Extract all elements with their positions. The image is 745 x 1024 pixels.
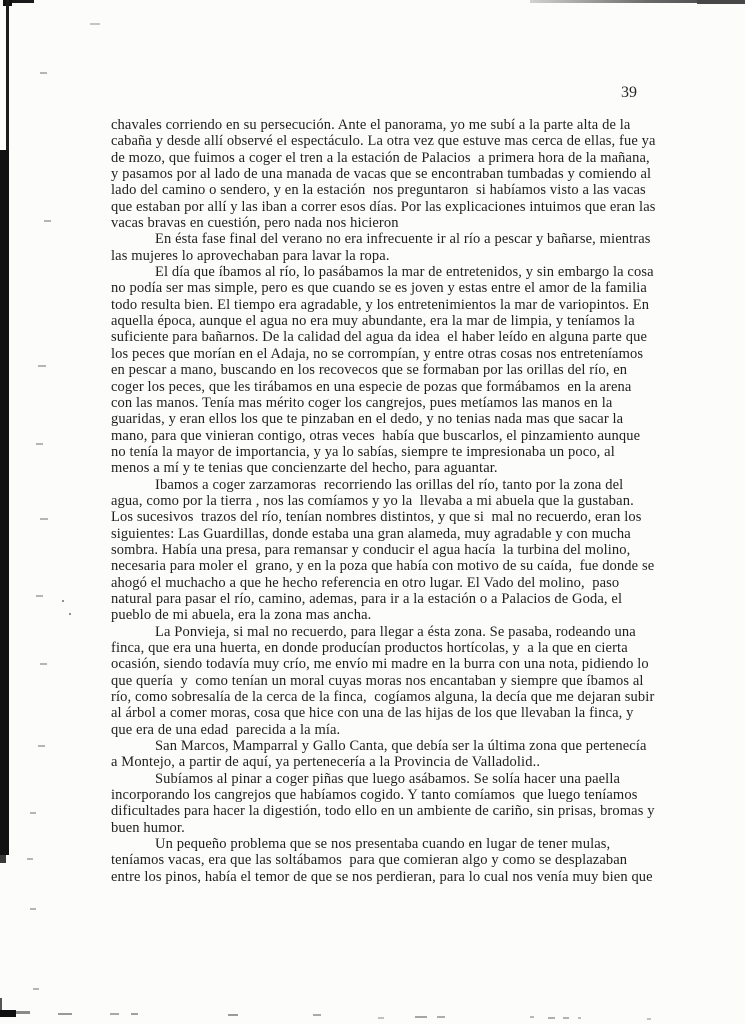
text-line: ocasión, siendo todavía muy crío, me env… — [111, 656, 659, 672]
scan-speck — [44, 220, 51, 222]
text-line: no podía ser mas simple, pero es que cua… — [111, 280, 659, 296]
text-line: siguientes: Las Guardillas, donde estaba… — [111, 526, 659, 542]
text-line: teníamos vacas, era que las soltábamos p… — [111, 852, 659, 868]
text-line: entre los pinos, había el temor de que s… — [111, 869, 659, 885]
scan-edge-top-right — [530, 0, 745, 3]
text-line: sombra. Había una presa, para remansar y… — [111, 542, 659, 558]
text-line: guaridas, y eran ellos los que te pinzab… — [111, 411, 659, 427]
text-line: que era de una edad parecida a la mía. — [111, 722, 659, 738]
text-line: chavales corriendo en su persecución. An… — [111, 117, 659, 133]
text-line: necesaria para moler el grano, y en la p… — [111, 558, 659, 574]
paragraph: Un pequeño problema que se nos presentab… — [111, 836, 659, 885]
paragraph: San Marcos, Mamparral y Gallo Canta, que… — [111, 738, 659, 771]
scan-edge-left-upper — [6, 0, 9, 160]
scan-speck — [27, 858, 33, 860]
paragraph: La Ponvieja, si mal no recuerdo, para ll… — [111, 624, 659, 738]
scan-edge-top-right-dark — [697, 0, 745, 4]
text-line: a Montejo, a partir de aquí, ya pertenec… — [111, 754, 659, 770]
scan-speck — [38, 365, 46, 367]
text-line: lado del camino o sendero, y en la estac… — [111, 182, 659, 198]
page-number: 39 — [621, 84, 637, 102]
text-line: cabaña y desde allí observé el espectácu… — [111, 133, 659, 149]
scan-edge-left-bar — [0, 150, 9, 855]
scan-speck — [62, 600, 64, 602]
text-line: agua, como por la tierra , nos las comía… — [111, 493, 659, 509]
scan-corner-bottom-left-gray — [16, 1011, 30, 1014]
scan-speck — [40, 72, 47, 74]
scan-speck — [33, 988, 39, 990]
text-line: y pasamos por al lado de una manada de v… — [111, 166, 659, 182]
scan-speck — [313, 1014, 321, 1016]
body-text: chavales corriendo en su persecución. An… — [111, 117, 659, 885]
scan-speck — [36, 595, 43, 597]
scan-speck — [131, 1013, 138, 1015]
text-line: dificultades para hacer la digestión, to… — [111, 803, 659, 819]
scan-speck — [30, 812, 36, 814]
paragraph: Ibamos a coger zarzamoras recorriendo la… — [111, 477, 659, 624]
scan-edge-left-bottom-tick — [0, 998, 2, 1010]
text-line: Subíamos al pinar a coger piñas que lueg… — [111, 771, 659, 787]
text-line: no tenía la mayor de importancia, y ya l… — [111, 444, 659, 460]
text-line: con las manos. Tenía mas mérito coger lo… — [111, 395, 659, 411]
paragraph: En ésta fase final del verano no era inf… — [111, 231, 659, 264]
text-line: vacas bravas en cuestión, pero nada nos … — [111, 215, 659, 231]
paragraph: chavales corriendo en su persecución. An… — [111, 117, 659, 231]
scan-speck — [36, 443, 43, 445]
text-line: La Ponvieja, si mal no recuerdo, para ll… — [111, 624, 659, 640]
text-line: En ésta fase final del verano no era inf… — [111, 231, 659, 247]
scan-speck — [40, 518, 48, 520]
scan-speck — [578, 1017, 581, 1019]
scan-speck — [69, 613, 71, 615]
text-line: suficiente para bañarnos. De la calidad … — [111, 329, 659, 345]
scan-speck — [30, 908, 36, 910]
scan-speck — [228, 1014, 238, 1016]
scan-corner-top-left-bar — [4, 0, 34, 3]
paragraph: El día que íbamos al río, lo pasábamos l… — [111, 264, 659, 476]
text-line: ahogó el muchacho a que he hecho referen… — [111, 575, 659, 591]
scan-corner-bottom-left — [0, 1010, 16, 1017]
text-line: incorporando los cangrejos que habíamos … — [111, 787, 659, 803]
text-line: aquella época, aunque el agua no era muy… — [111, 313, 659, 329]
scan-speck — [378, 1017, 384, 1019]
text-line: Un pequeño problema que se nos presentab… — [111, 836, 659, 852]
paragraph: Subíamos al pinar a coger piñas que lueg… — [111, 771, 659, 836]
text-line: todo resulta bien. El tiempo era agradab… — [111, 297, 659, 313]
text-line: mano, para que vinieran contigo, otras v… — [111, 428, 659, 444]
text-line: pueblo de mi abuela, era la zona mas anc… — [111, 607, 659, 623]
scan-speck — [530, 1016, 534, 1018]
text-line: al árbol a comer moras, cosa que hice co… — [111, 705, 659, 721]
scan-speck — [38, 745, 45, 747]
text-line: natural para pasar el río, camino, adema… — [111, 591, 659, 607]
scan-speck — [58, 1013, 72, 1015]
text-line: menos a mí y te tenias que concienzarte … — [111, 460, 659, 476]
text-line: río, como sobresalía de la cerca de la f… — [111, 689, 659, 705]
text-line: El día que íbamos al río, lo pasábamos l… — [111, 264, 659, 280]
scan-speck — [437, 1016, 445, 1018]
scan-speck — [110, 1013, 119, 1015]
scan-speck — [40, 663, 47, 665]
text-line: en pescar a mano, buscando en los recove… — [111, 362, 659, 378]
text-line: que estaban por allí y las iban a correr… — [111, 199, 659, 215]
text-line: Ibamos a coger zarzamoras recorriendo la… — [111, 477, 659, 493]
text-line: las mujeres lo aprovechaban para lavar l… — [111, 248, 659, 264]
scan-speck — [647, 1018, 651, 1020]
scan-speck — [548, 1017, 555, 1019]
text-line: San Marcos, Mamparral y Gallo Canta, que… — [111, 738, 659, 754]
text-line: finca, que era una huerta, en donde prod… — [111, 640, 659, 656]
scanned-document-page: 39 chavales corriendo en su persecución.… — [0, 0, 745, 1024]
scan-corner-top-left-mark — [3, 0, 12, 6]
text-line: que quería y como tenían un moral cuyas … — [111, 673, 659, 689]
scan-edge-left-tail — [0, 855, 6, 863]
scan-speck — [415, 1016, 427, 1018]
text-line: de mozo, que fuimos a coger el tren a la… — [111, 150, 659, 166]
scan-speck — [90, 23, 100, 25]
text-line: los peces que morían en el Adaja, no se … — [111, 346, 659, 362]
text-line: buen humor. — [111, 820, 659, 836]
scan-speck — [563, 1017, 569, 1019]
text-line: coger los peces, que les tirábamos en un… — [111, 379, 659, 395]
text-line: Los sucesivos trazos del río, tenían nom… — [111, 509, 659, 525]
